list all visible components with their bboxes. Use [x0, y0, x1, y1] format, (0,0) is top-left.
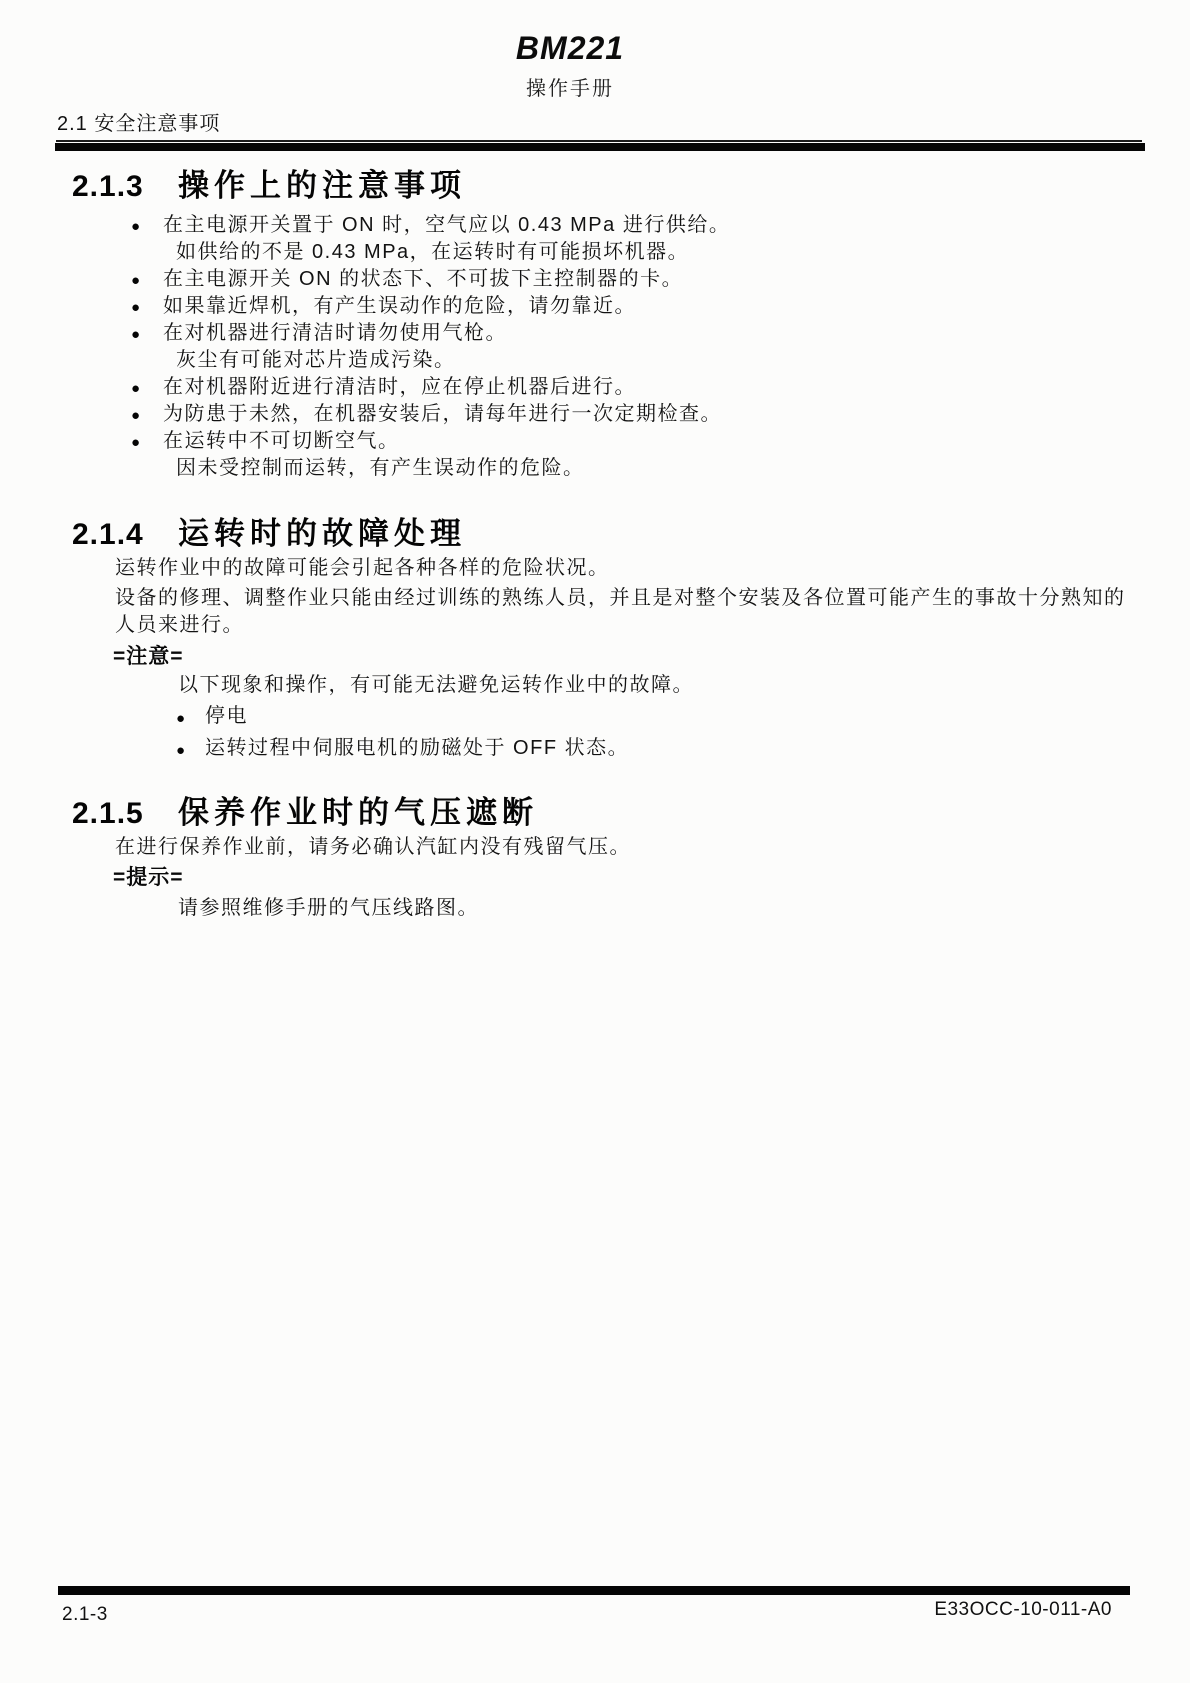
note-label: =注意= — [113, 643, 1190, 670]
section-title: 运转时的故障处理 — [178, 508, 466, 553]
list-item: ● 在对机器进行清洁时请勿使用气枪。 — [0, 320, 1190, 347]
page-number: 2.1-3 — [62, 1604, 108, 1626]
section-heading-2-1-4: 2.1.4 运转时的故障处理 — [72, 508, 1190, 553]
bullet-icon: ● — [131, 375, 142, 402]
doc-subtitle: 操作手册 — [0, 72, 1165, 101]
tip-text: 请参照维修手册的气压线路图。 — [178, 895, 1190, 922]
bullet-icon: ● — [131, 321, 142, 348]
list-item: ● 为防患于未然，在机器安装后，请每年进行一次定期检查。 — [0, 401, 1190, 428]
note-list-item: ● 运转过程中伺服电机的励磁处于 OFF 状态。 — [0, 734, 1190, 763]
section-body-2-1-4: 运转作业中的故障可能会引起各种各样的危险状况。 设备的修理、调整作业只能由经过训… — [0, 555, 1190, 763]
note-text: 以下现象和操作，有可能无法避免运转作业中的故障。 — [178, 672, 1190, 699]
section-body-2-1-5: 在进行保养作业前，请务必确认汽缸内没有残留气压。 =提示= 请参照维修手册的气压… — [0, 834, 1190, 923]
note-list-item-text: 运转过程中伺服电机的励磁处于 OFF 状态。 — [205, 737, 629, 759]
bullet-icon: ● — [176, 736, 187, 765]
tip-label: =提示= — [113, 864, 1190, 891]
section-title: 操作上的注意事项 — [178, 160, 466, 205]
list-item-text: 在主电源开关置于 ON 时，空气应以 0.43 MPa 进行供给。 — [163, 214, 730, 236]
document-header: BM221 操作手册 — [0, 0, 1165, 101]
section-number: 2.1.5 — [72, 797, 178, 831]
section-number: 2.1.4 — [72, 518, 178, 552]
bullet-icon: ● — [131, 429, 142, 456]
bullet-icon: ● — [131, 267, 142, 294]
header-thick-rule — [55, 143, 1145, 151]
list-item-text: 在对机器进行清洁时请勿使用气枪。 — [163, 322, 507, 344]
section-heading-2-1-3: 2.1.3 操作上的注意事项 — [72, 160, 1190, 205]
paragraph: 运转作业中的故障可能会引起各种各样的危险状况。 — [115, 555, 1130, 583]
paragraph: 在进行保养作业前，请务必确认汽缸内没有残留气压。 — [115, 834, 1130, 862]
list-item-text: 在对机器附近进行清洁时，应在停止机器后进行。 — [163, 376, 636, 398]
note-list-item-text: 停电 — [205, 705, 248, 727]
bullet-icon: ● — [131, 294, 142, 321]
section-heading-2-1-5: 2.1.5 保养作业时的气压遮断 — [72, 787, 1190, 832]
running-header-label: 2.1 安全注意事项 — [57, 107, 220, 140]
bullet-icon: ● — [176, 704, 187, 733]
footer-rule — [58, 1586, 1130, 1595]
running-header: 2.1 安全注意事项 — [0, 107, 1190, 140]
list-item-text: 如果靠近焊机，有产生误动作的危险，请勿靠近。 — [163, 295, 636, 317]
list-item: ● 在对机器附近进行清洁时，应在停止机器后进行。 — [0, 374, 1190, 401]
header-thin-rule — [56, 140, 1142, 142]
note-list-item: ● 停电 — [0, 702, 1190, 731]
list-item: ● 在主电源开关置于 ON 时，空气应以 0.43 MPa 进行供给。 — [0, 212, 1190, 239]
list-item-text: 为防患于未然，在机器安装后，请每年进行一次定期检查。 — [163, 403, 722, 425]
list-item: ● 在主电源开关 ON 的状态下、不可拔下主控制器的卡。 — [0, 266, 1190, 293]
list-item-continuation: 灰尘有可能对芯片造成污染。 — [0, 347, 1190, 374]
list-item: ● 如果靠近焊机，有产生误动作的危险，请勿靠近。 — [0, 293, 1190, 320]
section-title: 保养作业时的气压遮断 — [178, 787, 538, 832]
document-code: E33OCC-10-011-A0 — [934, 1599, 1112, 1621]
list-item-text: 在主电源开关 ON 的状态下、不可拔下主控制器的卡。 — [163, 268, 683, 290]
list-item: ● 在运转中不可切断空气。 — [0, 428, 1190, 455]
list-item-text: 在运转中不可切断空气。 — [163, 430, 400, 452]
bullet-list-2-1-3: ● 在主电源开关置于 ON 时，空气应以 0.43 MPa 进行供给。 如供给的… — [0, 212, 1190, 482]
paragraph: 设备的修理、调整作业只能由经过训练的熟练人员，并且是对整个安装及各位置可能产生的… — [115, 585, 1130, 640]
list-item-continuation: 如供给的不是 0.43 MPa，在运转时有可能损坏机器。 — [0, 239, 1190, 266]
doc-title: BM221 — [0, 30, 1165, 67]
bullet-icon: ● — [131, 402, 142, 429]
manual-page: BM221 操作手册 2.1 安全注意事项 2.1.3 操作上的注意事项 ● 在… — [0, 0, 1190, 1683]
bullet-icon: ● — [131, 213, 142, 240]
section-number: 2.1.3 — [72, 170, 178, 204]
list-item-continuation: 因未受控制而运转，有产生误动作的危险。 — [0, 455, 1190, 482]
